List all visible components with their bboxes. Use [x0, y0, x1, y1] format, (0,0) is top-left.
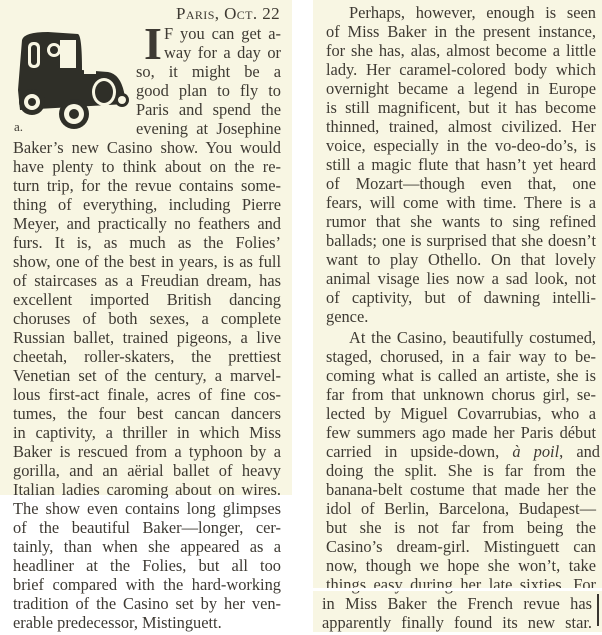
text-line: thing of everything, including Pierre	[13, 195, 281, 214]
text-line: in Miss Baker the French revue has	[322, 594, 592, 613]
text-line: lous first-act finale, acres of fine cos…	[13, 385, 281, 404]
text-span: carried in upside-down,	[326, 442, 499, 461]
text-line: of the beautiful Baker—longer, cer-	[13, 518, 281, 537]
text-line: Venetian set of the century, a marvel-	[13, 366, 281, 385]
text-line: Baker is rescued from a typhoon by a	[13, 442, 281, 461]
text-line: of staircases as a Freudian dream, has	[13, 271, 281, 290]
text-line: few summers ago made her Paris début	[326, 423, 596, 442]
figure-label: a.	[14, 117, 23, 136]
text-line: erable predecessor, Mistinguett.	[13, 613, 281, 632]
text-line: staged, chorused, in a fair way to be-	[326, 347, 596, 366]
text-line: way for a day or	[164, 43, 281, 62]
text-line: lady. Her caramel-colored body which	[326, 60, 596, 79]
text-line: thinned, trained, almost civilized. Her	[326, 117, 596, 136]
text-line: Russian ballet, trained pigeons, a live	[13, 328, 281, 347]
car-illustration-icon	[8, 30, 134, 130]
text-line: overnight became a legend in Europe	[326, 79, 596, 98]
text-line: of Mozart—though even that, one	[326, 174, 596, 193]
column-break	[313, 588, 602, 591]
text-line: gence.	[326, 307, 596, 326]
italic-phrase: à poil	[512, 442, 559, 461]
text-line: far from that unknown chorus girl, se-	[326, 385, 596, 404]
text-line: of captivity, but of dawning intelli-	[326, 288, 596, 307]
text-line: things easy during her late sixties. For	[326, 575, 596, 594]
text-line: coming what is called an artiste, she is	[326, 366, 596, 385]
text-line: still a magic flute that hasn’t yet hear…	[326, 155, 596, 174]
text-line: Paris and spend the	[136, 100, 281, 119]
text-line: brief compared with the hard-working	[13, 575, 281, 594]
text-line: want to play Othello. On that lovely	[326, 250, 596, 269]
text-line: gorilla, and an aërial ballet of heavy	[13, 461, 281, 480]
text-line: choruses of both sexes, a complete	[13, 309, 281, 328]
margin-rule	[597, 594, 599, 626]
text-line: furs. It is, as much as the Folies’	[13, 233, 281, 252]
text-line: so, it might be a	[136, 62, 281, 81]
text-line: for she has, alas, almost become a littl…	[326, 41, 596, 60]
text-line: good plan to fly to	[136, 81, 281, 100]
text-line: Perhaps, however, enough is seen	[349, 3, 596, 22]
text-line: in captivity, a thriller in which Miss	[13, 423, 281, 442]
text-line: excellent imported British dancing	[13, 290, 281, 309]
text-line: Italian ladies caroming about on wires.	[13, 480, 281, 499]
text-line: fears, will come with time. There is a	[326, 193, 596, 212]
text-line: have plenty to think about on the re-	[13, 157, 281, 176]
right-column: Perhaps, however, enough is seen of Miss…	[313, 0, 602, 632]
text-line: The show even contains long glimpses	[13, 499, 281, 518]
text-line: doing the split. She is far from the	[326, 461, 596, 480]
text-line: tainly, than when she appeared as a	[13, 537, 281, 556]
text-line: animal visage lies now a sad look, not	[326, 269, 596, 288]
text-line: banana-belt costume that made her the	[326, 480, 596, 499]
text-line: idol of Berlin, Barcelona, Budapest—	[326, 499, 596, 518]
text-line: turn trip, for the revue contains some-	[13, 176, 281, 195]
text-line: cheetah, roller-skaters, the prettiest	[13, 347, 281, 366]
text-line: voice, especially in the vo-deo-do’s, is	[326, 136, 596, 155]
text-line: rumor that she wants to sing refined	[326, 212, 596, 231]
left-column: Paris, Oct. 22 a. I F you can get a- way…	[0, 0, 292, 495]
text-line: Meyer, and practically no feathers and	[13, 214, 281, 233]
text-line: show, one of the best in years, is as fu…	[13, 252, 281, 271]
text-line: evening at Josephine	[136, 119, 281, 138]
text-line: now, though we hope she won’t, take	[326, 556, 596, 575]
text-line: of Miss Baker in the present instance,	[326, 22, 596, 41]
text-line: tradition of the Casino set by her ven-	[13, 594, 281, 613]
text-line: lected by Miguel Covarrubias, who a	[326, 404, 596, 423]
text-line: ballads; one is surprised that she doesn…	[326, 231, 596, 250]
text-line: Casino’s dream-girl. Mistinguett can	[326, 537, 596, 556]
text-line: tumes, the four best cancan dancers	[13, 404, 281, 423]
text-line: is still magnificent, but it has become	[326, 98, 596, 117]
text-line: apparently finally found its new star.	[322, 613, 592, 632]
dateline: Paris, Oct. 22	[176, 4, 280, 23]
text-line: but she is not far from being the	[326, 518, 596, 537]
drop-cap: I	[144, 24, 162, 64]
text-line: At the Casino, beautifully costumed,	[349, 328, 596, 347]
text-line: F you can get a-	[164, 24, 281, 43]
text-span: , and	[559, 442, 600, 461]
text-line: headliner at the Folies, but all too	[13, 556, 281, 575]
text-line: carried in upside-down, à poil, and	[326, 442, 596, 461]
text-line: Baker’s new Casino show. You would	[13, 138, 281, 157]
